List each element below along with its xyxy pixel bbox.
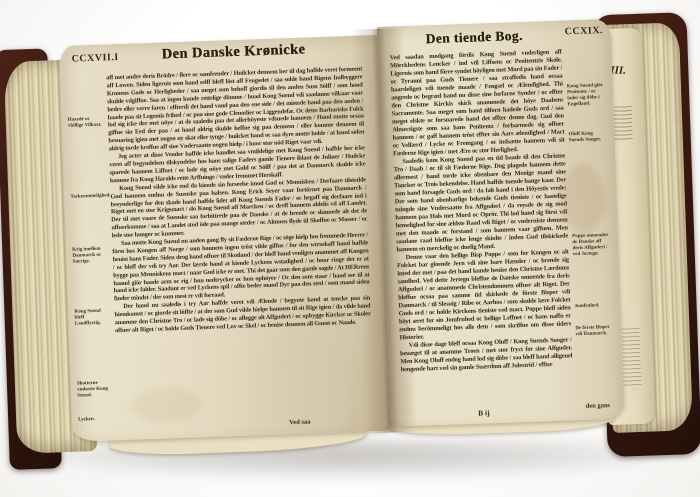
open-book: III. CCXVII.I Den Danske Krønicke aff me… — [0, 10, 700, 464]
margin-note: Krig imellem Danmarck oc Suerige. — [72, 246, 109, 265]
margin-note: Oluff Kong Suends Suoger. — [568, 131, 608, 144]
margin-note: Skotterne vndsette Kong Suend. — [77, 380, 114, 399]
margin-note: Lycken. — [78, 416, 114, 423]
paragraph: Denne vaar den hellige Bisp Poppe / som … — [397, 248, 572, 342]
margin-note: Kong Suend bleff Landflyctig. — [74, 308, 111, 327]
margin-note: Tacknemmelighed. — [70, 193, 106, 200]
paragraph: Vdi disse dage bleff ocsaa Kong Oluff / … — [400, 336, 573, 374]
next-leaf-folio-fragment: III. — [610, 64, 626, 77]
left-page: CCXVII.I Den Danske Krønicke aff met and… — [59, 35, 391, 442]
margin-note: Poppe omuender de Danske aff deris Affgu… — [572, 233, 613, 258]
left-body-text: aff met andre deris Brödre / flere oc sa… — [106, 65, 374, 414]
left-running-title: Den Danske Krønicke — [103, 39, 363, 65]
right-running-title: Den tiende Bog. — [389, 27, 559, 49]
right-page: Den tiende Bog. CCXIX. Ved saadan modgan… — [377, 19, 625, 427]
margin-note: Jomfruhed. — [574, 303, 614, 310]
paragraph: Saaledis kom Kong Suend paa en tid baade… — [393, 152, 568, 254]
right-catchword: den gans — [586, 402, 611, 410]
paragraph: Saa motte Kong Suend nu anden gang fly s… — [112, 231, 370, 303]
photo-of-open-antique-book: III. CCXVII.I Den Danske Krønicke aff me… — [0, 0, 700, 497]
left-catchword: Ved saa — [289, 418, 310, 426]
paragraph: Ved saadan modgang fördis Kong Suend vnd… — [390, 49, 566, 159]
gathering-signature: B ij — [478, 408, 490, 417]
margin-note: Kong Suend giör Penitentz / oc lader sig… — [567, 83, 608, 108]
right-body-text: Ved saadan modgang fördis Kong Suend vnd… — [390, 49, 574, 399]
paragraph: aff met andre deris Brödre / flere oc sa… — [106, 65, 365, 153]
margin-note: De förste Bisper vdi Danmarck. — [575, 325, 615, 338]
right-folio-number: CCXIX. — [564, 25, 603, 37]
margin-note: Haarde oc vbillige Vilkaar. — [68, 117, 104, 130]
paragraph: Kong Suend vilde icke end da kiende sin … — [110, 176, 368, 240]
